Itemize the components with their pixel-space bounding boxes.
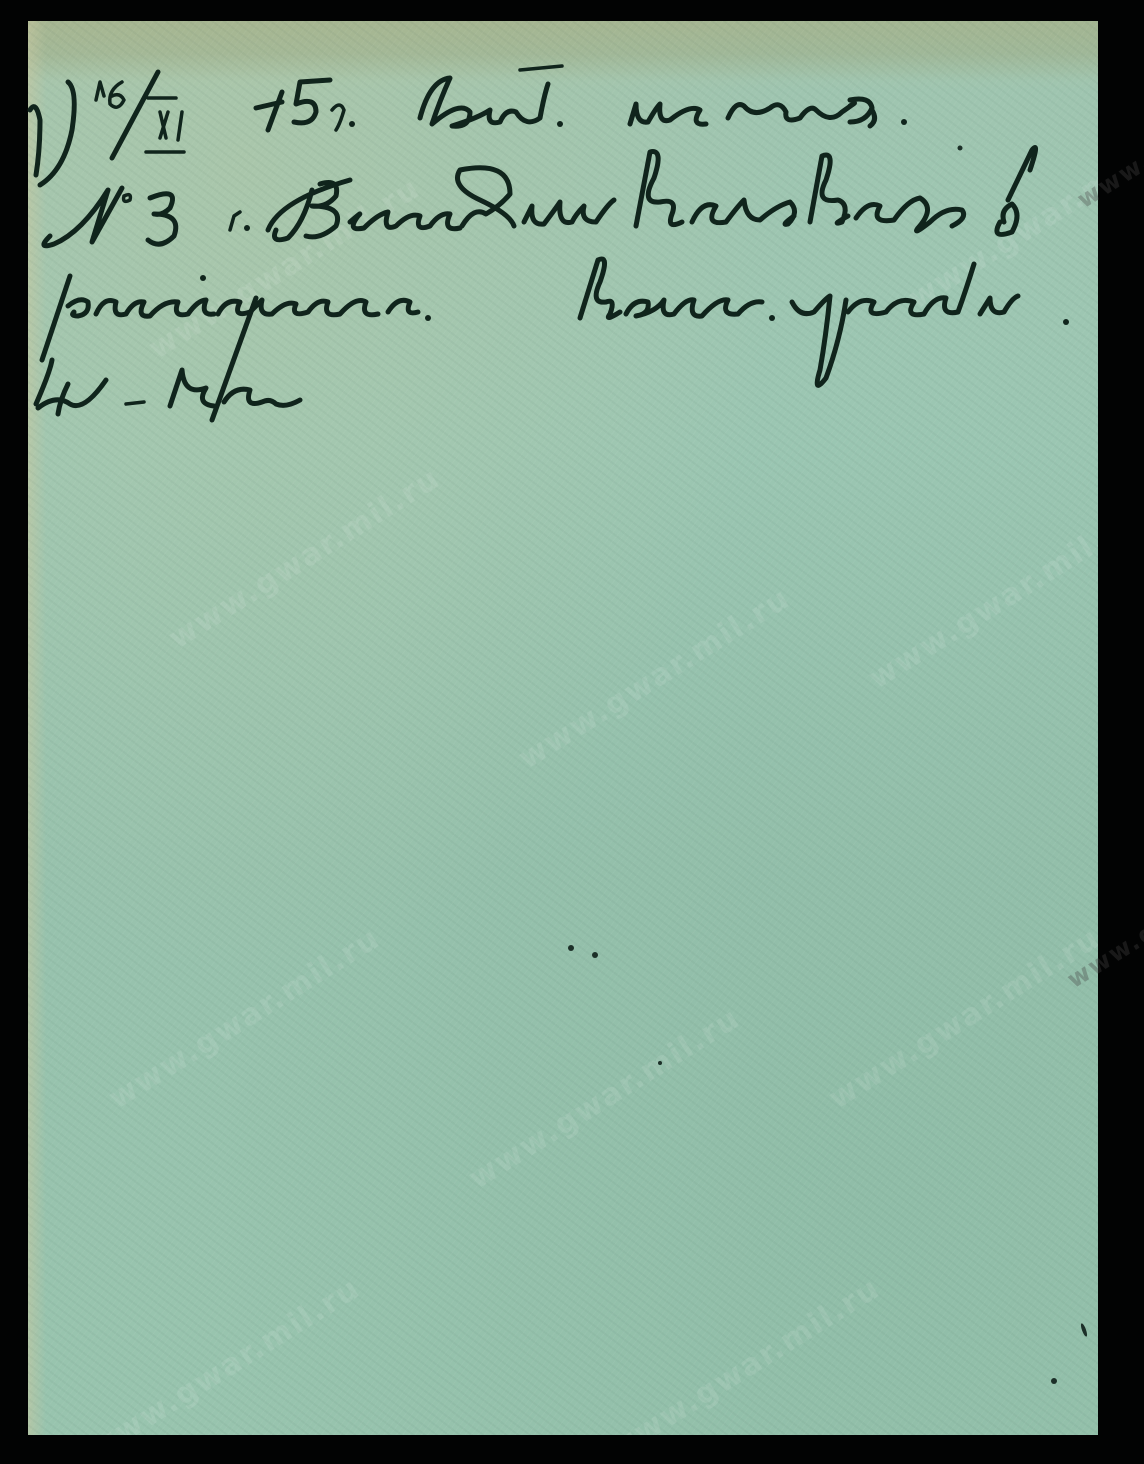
- paper-texture: [28, 21, 1098, 1435]
- record-card-paper: www.gwar.mil.ru www.gwar.mil.ru www.gwar…: [28, 21, 1098, 1435]
